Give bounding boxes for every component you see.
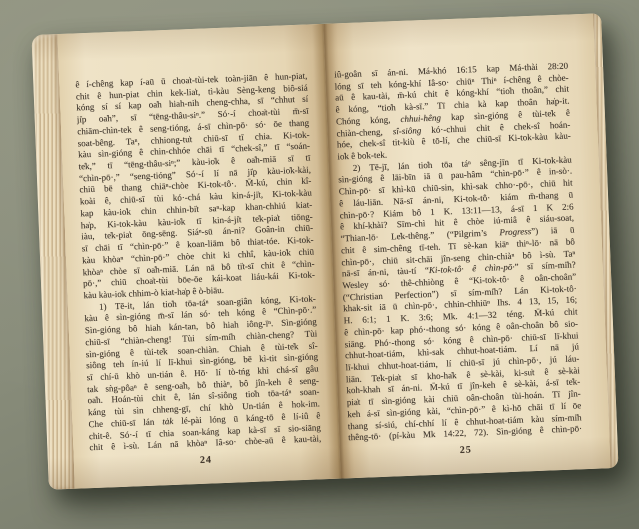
page-right-text: iû-goân sī án-ni. Má-khó 16:15 kap Má-th… (334, 61, 583, 462)
page-left-lines: ê í-chêng kap í-aū ū choa̍t-tùi-tek toàn… (75, 71, 321, 455)
page-left-text: ê í-chêng kap í-aū ū choa̍t-tùi-tek toàn… (75, 71, 322, 472)
photo-background: { "photo": { "background_color": "#888c7… (0, 0, 639, 529)
page-right-lines: iû-goân sī án-ni. Má-khó 16:15 kap Má-th… (334, 61, 582, 445)
page-number-left: 24 (90, 450, 322, 471)
page-number-right: 25 (349, 440, 583, 461)
page-left: ê í-chêng kap í-aū ū choa̍t-tùi-tek toàn… (57, 24, 340, 489)
page-right: iû-goân sī án-ni. Má-khó 16:15 kap Má-th… (323, 14, 610, 479)
book: ê í-chêng kap í-aū ū choa̍t-tùi-tek toàn… (31, 13, 618, 490)
